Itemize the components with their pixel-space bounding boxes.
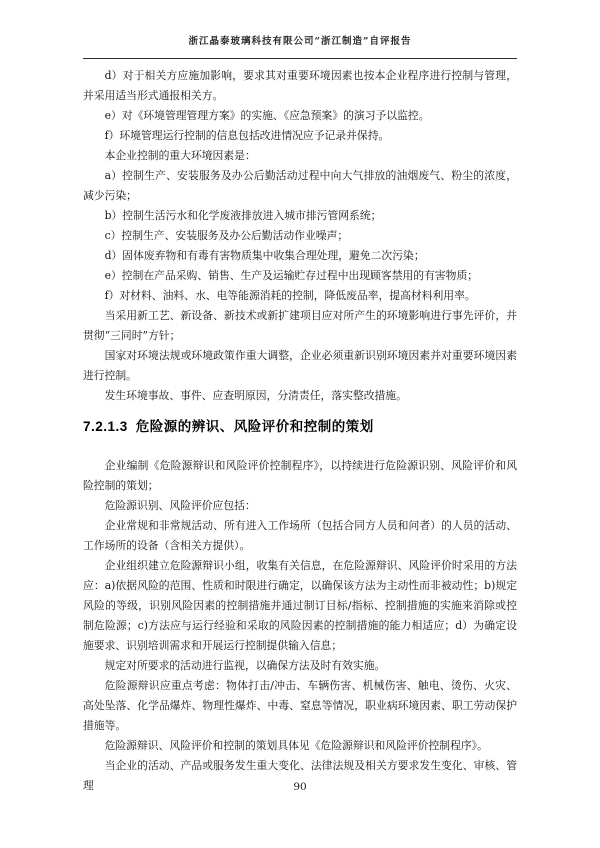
paragraph: d）固体废弃物和有毒有害物质集中收集合理处理，避免二次污染； — [83, 246, 517, 266]
paragraph: 危险源识别、风险评价应包括： — [83, 496, 517, 516]
paragraph: 企业编制《危险源辩识和风险评价控制程序》，以持续进行危险源识别、风险评价和风险控… — [83, 456, 517, 496]
paragraph: 规定对所要求的活动进行监视，以确保方法及时有效实施。 — [83, 656, 517, 676]
paragraph: e）控制在产品采购、销售、生产及运输贮存过程中出现顾客禁用的有害物质； — [83, 266, 517, 286]
paragraph: 企业组织建立危险源辩识小组，收集有关信息，在危险源辩识、风险评价时采用的方法应：… — [83, 556, 517, 656]
paragraph: 危险源辩识、风险评价和控制的策划具体见《危险源辩识和风险评价控制程序》。 — [83, 736, 517, 756]
paragraph: a）控制生产、安装服务及办公后勤活动过程中向大气排放的油烟废气、粉尘的浓度，减少… — [83, 166, 517, 206]
paragraph: f）环境管理运行控制的信息包括改进情况应予记录并保持。 — [83, 126, 517, 146]
paragraph: d）对于相关方应施加影响，要求其对重要环境因素也按本企业程序进行控制与管理，并采… — [83, 66, 517, 106]
paragraph: b）控制生活污水和化学废液排放进入城市排污管网系统； — [83, 206, 517, 226]
section-heading: 7.2.1.3危险源的辨识、风险评价和控制的策划 — [83, 417, 517, 437]
paragraph: 国家对环境法规或环境政策作重大调整，企业必须重新识别环境因素并对重要环境因素进行… — [83, 346, 517, 386]
heading-title: 危险源的辨识、风险评价和控制的策划 — [136, 419, 374, 434]
paragraph: 当采用新工艺、新设备、新技术或新扩建项目应对所产生的环境影响进行事先评价，并贯彻… — [83, 306, 517, 346]
paragraph: 本企业控制的重大环境因素是： — [83, 146, 517, 166]
paragraph: 危险源辩识应重点考虑：物体打击/冲击、车辆伤害、机械伤害、触电、烫伤、火灾、高处… — [83, 676, 517, 736]
paragraph: c）控制生产、安装服务及办公后勤活动作业噪声； — [83, 226, 517, 246]
header-divider — [83, 58, 517, 59]
page-number: 90 — [0, 781, 600, 793]
paragraph: e）对《环境管理管理方案》的实施、《应急预案》的演习予以监控。 — [83, 106, 517, 126]
document-page: 浙江晶泰玻璃科技有限公司“浙江制造”自评报告 d）对于相关方应施加影响，要求其对… — [0, 0, 600, 848]
document-body: d）对于相关方应施加影响，要求其对重要环境因素也按本企业程序进行控制与管理，并采… — [83, 66, 517, 796]
paragraph: f）对材料、油料、水、电等能源消耗的控制，降低废品率，提高材料利用率。 — [83, 286, 517, 306]
page-header: 浙江晶泰玻璃科技有限公司“浙江制造”自评报告 — [0, 33, 600, 47]
paragraph: 企业常规和非常规活动、所有进入工作场所（包括合同方人员和问者）的人员的活动、工作… — [83, 516, 517, 556]
paragraph: 发生环境事故、事件、应查明原因，分清责任，落实整改措施。 — [83, 386, 517, 406]
heading-number: 7.2.1.3 — [83, 419, 128, 434]
